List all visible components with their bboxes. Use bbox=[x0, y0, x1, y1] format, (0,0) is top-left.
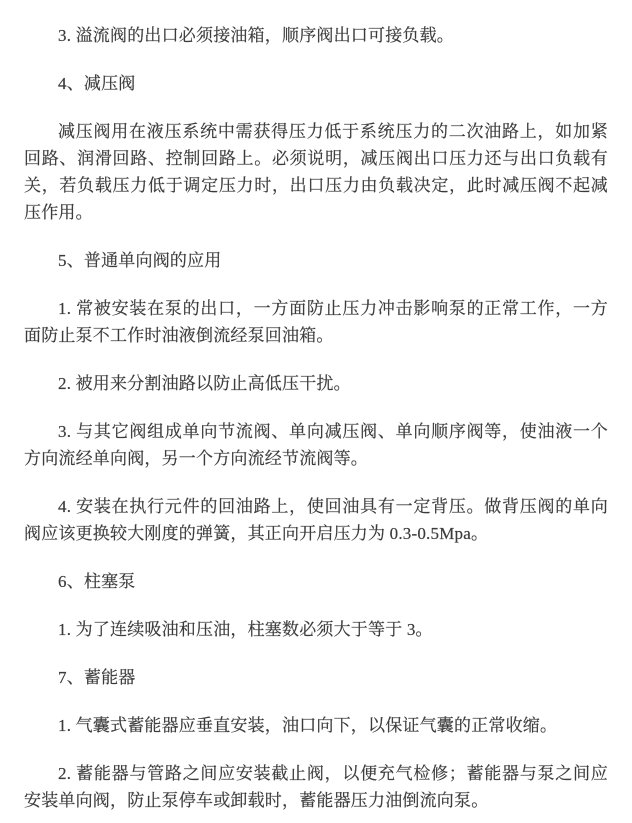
item-accumulator-vertical-install: 1. 气囊式蓄能器应垂直安装，油口向下，以保证气囊的正常收缩。 bbox=[24, 712, 608, 739]
heading-pressure-reducing-valve: 4、减压阀 bbox=[24, 70, 608, 97]
item-check-valve-pump-outlet: 1. 常被安装在泵的出口，一方面防止压力冲击影响泵的正常工作，一方面防止泵不工作… bbox=[24, 295, 608, 349]
heading-piston-pump: 6、柱塞泵 bbox=[24, 568, 608, 595]
heading-accumulator: 7、蓄能器 bbox=[24, 664, 608, 691]
document-page: 3. 溢流阀的出口必须接油箱，顺序阀出口可接负载。 4、减压阀 减压阀用在液压系… bbox=[0, 0, 632, 823]
heading-check-valve-applications: 5、普通单向阀的应用 bbox=[24, 247, 608, 274]
item-check-valve-circuit-isolation: 2. 被用来分割油路以防止高低压干扰。 bbox=[24, 370, 608, 397]
item-check-valve-combinations: 3. 与其它阀组成单向节流阀、单向减压阀、单向顺序阀等，使油液一个方向流经单向阀… bbox=[24, 418, 608, 472]
item-piston-pump-piston-count: 1. 为了连续吸油和压油，柱塞数必须大于等于 3。 bbox=[24, 616, 608, 643]
item-accumulator-valves-install: 2. 蓄能器与管路之间应安装截止阀，以便充气检修；蓄能器与泵之间应安装单向阀，防… bbox=[24, 760, 608, 814]
item-check-valve-back-pressure: 4. 安装在执行元件的回油路上，使回油具有一定背压。做背压阀的单向阀应该更换较大… bbox=[24, 493, 608, 547]
item-overflow-valve-outlet-rule: 3. 溢流阀的出口必须接油箱，顺序阀出口可接负载。 bbox=[24, 22, 608, 49]
body-pressure-reducing-valve-description: 减压阀用在液压系统中需获得压力低于系统压力的二次油路上，如加紧回路、润滑回路、控… bbox=[24, 118, 608, 226]
